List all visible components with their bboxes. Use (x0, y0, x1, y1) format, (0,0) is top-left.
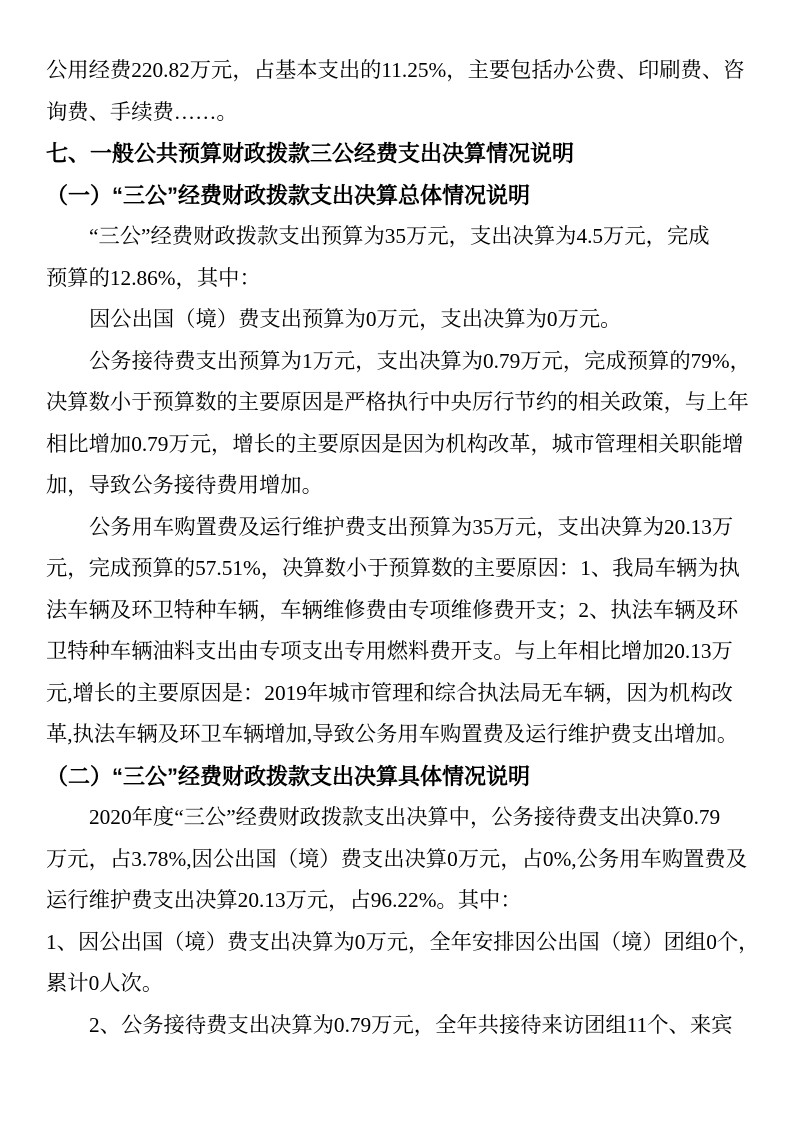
text-line: 决算数小于预算数的主要原因是严格执行中央厉行节约的相关政策，与上年 (46, 382, 748, 424)
text-line: 法车辆及环卫特种车辆，车辆维修费由专项维修费开支；2、执法车辆及环 (46, 590, 748, 632)
text-line: 元，完成预算的57.51%，决算数小于预算数的主要原因：1、我局车辆为执 (46, 548, 748, 590)
text-line: 加，导致公务接待费用增加。 (46, 465, 748, 507)
section-heading: （二）“三公”经费财政拨款支出决算具体情况说明 (46, 756, 748, 798)
text-line: 元,增长的主要原因是：2019年城市管理和综合执法局无车辆，因为机构改 (46, 673, 748, 715)
page: 公用经费220.82万元，占基本支出的11.25%，主要包括办公费、印刷费、咨询… (0, 0, 793, 1122)
text-line: 询费、手续费……。 (46, 92, 748, 134)
text-line: 运行维护费支出决算20.13万元，占96.22%。其中： (46, 880, 748, 922)
text-line: 公用经费220.82万元，占基本支出的11.25%，主要包括办公费、印刷费、咨 (46, 50, 748, 92)
text-line: 万元，占3.78%,因公出国（境）费支出决算0万元，占0%,公务用车购置费及 (46, 839, 748, 881)
text-line: 公务用车购置费及运行维护费支出预算为35万元，支出决算为20.13万 (46, 507, 748, 549)
text-line: 2020年度“三公”经费财政拨款支出决算中，公务接待费支出决算0.79 (46, 797, 748, 839)
section-heading: （一）“三公”经费财政拨款支出决算总体情况说明 (46, 175, 748, 217)
text-line: 因公出国（境）费支出预算为0万元，支出决算为0万元。 (46, 299, 748, 341)
text-line: 相比增加0.79万元，增长的主要原因是因为机构改革，城市管理相关职能增 (46, 424, 748, 466)
text-line: 公务接待费支出预算为1万元，支出决算为0.79万元，完成预算的79%， (46, 341, 748, 383)
text-line: 预算的12.86%，其中： (46, 258, 748, 300)
document-content: 公用经费220.82万元，占基本支出的11.25%，主要包括办公费、印刷费、咨询… (46, 50, 748, 1046)
text-line: “三公”经费财政拨款支出预算为35万元，支出决算为4.5万元，完成 (46, 216, 748, 258)
text-line: 1、因公出国（境）费支出决算为0万元，全年安排因公出国（境）团组0个， (46, 922, 748, 964)
text-line: 2、公务接待费支出决算为0.79万元，全年共接待来访团组11个、来宾 (46, 1005, 748, 1047)
section-heading: 七、一般公共预算财政拨款三公经费支出决算情况说明 (46, 133, 748, 175)
text-line: 累计0人次。 (46, 963, 748, 1005)
text-line: 卫特种车辆油料支出由专项支出专用燃料费开支。与上年相比增加20.13万 (46, 631, 748, 673)
text-line: 革,执法车辆及环卫车辆增加,导致公务用车购置费及运行维护费支出增加。 (46, 714, 748, 756)
